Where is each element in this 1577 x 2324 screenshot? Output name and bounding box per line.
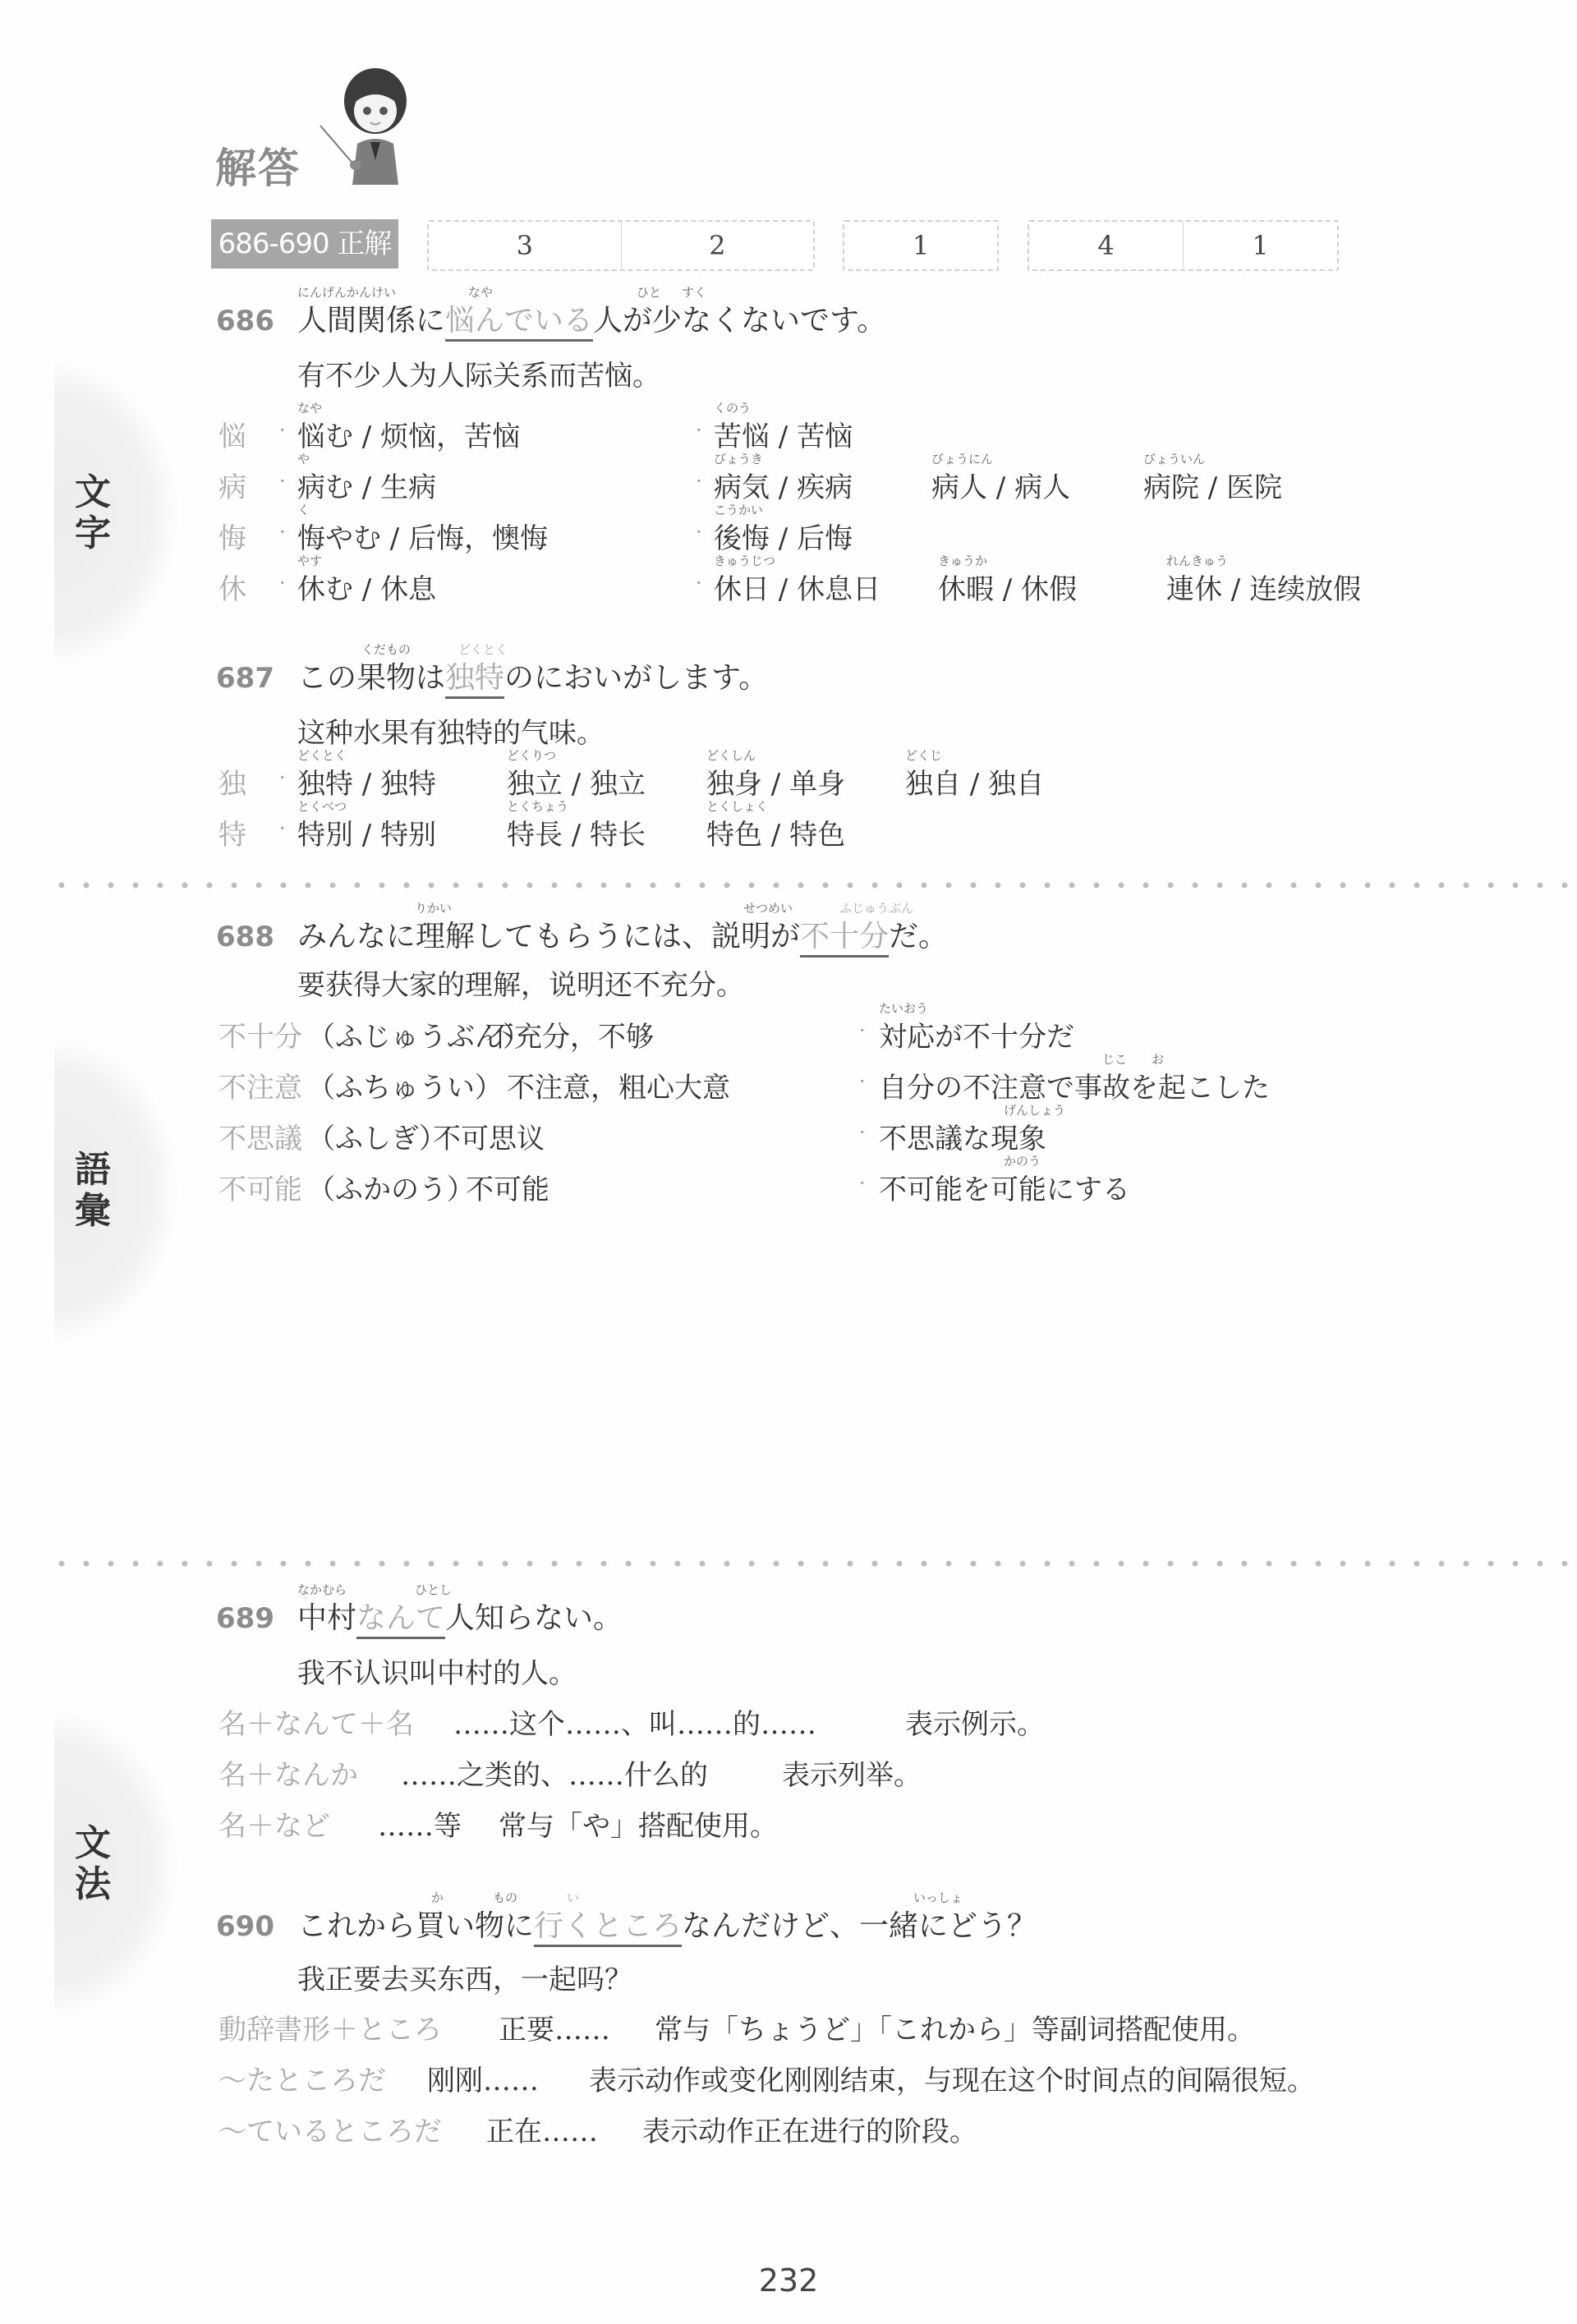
side-tab-label: 語彙 [72,1150,113,1232]
translation-688: 要获得大家的理解，说明还不充分。 [297,962,744,1003]
question-number: 687 [216,662,297,695]
bullet-icon: · [859,1019,866,1042]
question-687: 687 この果物は独特のにおいがします。 [216,654,768,699]
bullet-icon: · [859,1070,866,1093]
teacher-girl-with-pointer-icon [316,62,423,193]
question-number: 689 [216,1602,297,1635]
side-tab-label: 文字 [72,472,113,554]
grammar-table-690: 動辞書形＋ところ 正要…… 常与「ちょうど」「これから」等副词搭配使用。 ～たと… [215,1997,1447,2153]
answer-group-2: 1 [843,220,999,271]
vocab-row: 不注意 （ふちゅうい） 不注意，粗心大意 · じこ お 自分の不注意で事故を起こ… [215,1049,1447,1100]
dotted-divider [49,1560,1577,1567]
answer-690: 1 [1183,222,1337,269]
bullet-icon: · [279,572,286,595]
question-number: 688 [216,921,297,953]
question-number: 686 [216,305,297,338]
bullet-icon: · [279,419,286,442]
kanji-row: 独 · どくとく 独特 / 独特 どくりつ 独立 / 独立 どくしん 独身 / … [215,743,1447,794]
target-word: 不十分 [800,913,889,958]
question-690: 690 これから買い物に行くところなんだけど、一緒にどう？ [216,1903,1037,1947]
kanji-row: 悩 · なや 悩む / 烦恼，苦恼 · くのう 苦悩 / 苦恼 [215,396,1447,447]
question-689: 689 中村なんて人知らない。 [216,1595,623,1639]
question-688: 688 みんなに理解してもらうには、説明が不十分だ。 [216,913,948,958]
translation-690: 我正要去买东西，一起吗？ [297,1957,632,1997]
bullet-icon: · [279,766,286,789]
vocab-row: 不可能 （ふかのう） 不可能 · かのう 不可能を可能にする [215,1151,1447,1201]
bullet-icon: · [696,419,702,442]
kanji-row: 休 · やす 休む / 休息 · きゅうじつ 休日 / 休息日 きゅうか 休暇 … [215,549,1447,599]
vocab-row: 不思議 （ふしぎ） 不可思议 · げんしょう 不思議な現象 [215,1100,1447,1151]
kanji-table-687: 独 · どくとく 独特 / 独特 どくりつ 独立 / 独立 どくしん 独身 / … [215,743,1447,850]
bullet-icon: · [696,521,702,544]
page-title: 解答 [215,135,301,195]
grammar-table-689: 名＋なんて＋名 ……这个……、叫……的…… 表示例示。 名＋なんか ……之类的、… [215,1692,1447,1848]
target-word: 独特 [445,654,504,699]
page-number: 232 [0,2262,1577,2299]
target-word: 悩んでいる [445,297,593,342]
side-tab-goi[interactable]: 語彙 [54,1039,177,1343]
bullet-icon: · [279,817,286,840]
answer-686: 3 [429,222,621,269]
kanji-row: 特 · とくべつ 特別 / 特别 とくちょう 特長 / 特长 とくしょく 特色 … [215,794,1447,845]
target-word: なんて [356,1595,445,1639]
answer-group-1: 3 2 [427,220,815,271]
answer-689: 4 [1029,222,1183,269]
answer-group-3: 4 1 [1028,220,1339,271]
target-word: 行くところ [534,1903,682,1947]
bullet-icon: · [859,1172,866,1195]
side-tab-label: 文法 [72,1823,113,1905]
bullet-icon: · [279,470,286,493]
dotted-divider [49,882,1577,889]
side-tab-bunpo[interactable]: 文法 [54,1712,177,2016]
kanji-row: 病 · や 病む / 生病 · びょうき 病気 / 疾病 びょうにん 病人 / … [215,447,1447,498]
kanji-row: 悔 · く 悔やむ / 后悔，懊悔 · こうかい 後悔 / 后悔 [215,498,1447,549]
translation-686: 有不少人为人际关系而苦恼。 [297,353,660,393]
question-686: 686 人間関係に悩んでいる人が少なくないです。 [216,297,886,342]
translation-689: 我不认识叫中村的人。 [297,1651,577,1691]
bullet-icon: · [859,1121,866,1144]
side-tab-moji[interactable]: 文字 [54,361,177,665]
answer-687: 2 [621,222,814,269]
vocab-table-688: 不十分 （ふじゅうぶん） 不充分，不够 · たいおう 対応が不十分だ 不注意 （… [215,998,1447,1203]
answer-688: 1 [844,222,997,269]
bullet-icon: · [279,521,286,544]
bullet-icon: · [696,572,702,595]
bullet-icon: · [696,470,702,493]
answer-range-label: 686-690 正解 [211,219,398,269]
question-number: 690 [216,1910,297,1943]
vocab-row: 不十分 （ふじゅうぶん） 不充分，不够 · たいおう 対応が不十分だ [215,998,1447,1049]
